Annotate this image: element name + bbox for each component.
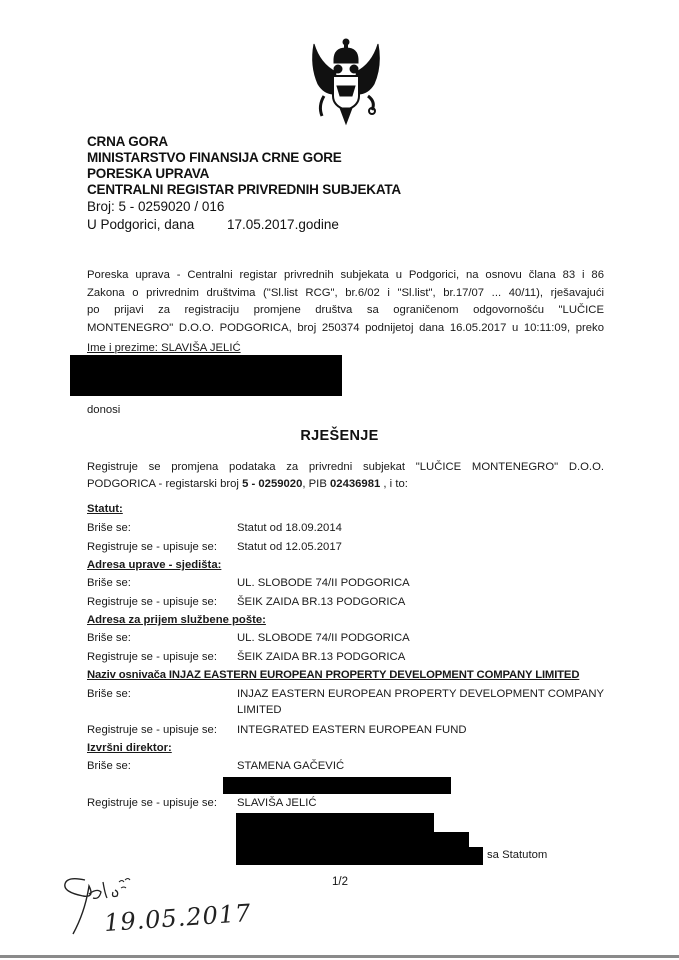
adresa-uprave-brise-value: UL. SLOBODE 74/II PODGORICA <box>237 577 410 589</box>
intro-line-3: po prijavi za registraciju promjene druš… <box>87 302 604 320</box>
document-date: 17.05.2017.godine <box>227 217 339 233</box>
osnivac-upis-value: INTEGRATED EASTERN EUROPEAN FUND <box>237 724 467 736</box>
section-heading-adresa-poste: Adresa za prijem službene pošte: <box>87 614 266 626</box>
osnivac-brise-value-1: INJAZ EASTERN EUROPEAN PROPERTY DEVELOPM… <box>237 688 604 700</box>
header-line-country: CRNA GORA <box>87 134 168 150</box>
adresa-uprave-upis-value: ŠEIK ZAIDA BR.13 PODGORICA <box>237 596 405 608</box>
decision-line-1: Registruje se promjena podataka za privr… <box>87 461 604 473</box>
adresa-uprave-upis-label: Registruje se - upisuje se: <box>87 596 217 608</box>
redaction-box <box>70 355 342 396</box>
decision-prefix: PODGORICA - registarski broj <box>87 478 242 490</box>
redaction-box <box>236 813 434 833</box>
direktor-upis-value: SLAVIŠA JELIĆ <box>237 797 317 809</box>
direktor-brise-value: STAMENA GAČEVIĆ <box>237 760 344 772</box>
donosi-text: donosi <box>87 404 120 416</box>
statut-upis-value: Statut od 12.05.2017 <box>237 541 342 553</box>
direktor-trailing-text: sa Statutom <box>487 849 547 861</box>
adresa-poste-upis-value: ŠEIK ZAIDA BR.13 PODGORICA <box>237 651 405 663</box>
direktor-brise-label: Briše se: <box>87 760 131 772</box>
adresa-poste-upis-label: Registruje se - upisuje se: <box>87 651 217 663</box>
document-title: RJEŠENJE <box>0 428 679 444</box>
direktor-upis-label: Registruje se - upisuje se: <box>87 797 217 809</box>
intro-line-2: Zakona o privrednim društvima ("Sl.list … <box>87 285 604 303</box>
statut-brise-label: Briše se: <box>87 522 131 534</box>
applicant-name: Ime i prezime: SLAVIŠA JELIĆ <box>87 342 241 354</box>
header-line-ministry: MINISTARSTVO FINANSIJA CRNE GORE <box>87 150 342 166</box>
decision-line-2: PODGORICA - registarski broj 5 - 0259020… <box>87 478 408 490</box>
decision-suffix: , i to: <box>380 478 408 490</box>
registration-number: 5 - 0259020 <box>242 478 302 490</box>
section-heading-statut: Statut: <box>87 503 123 515</box>
intro-line-4: MONTENEGRO" D.O.O. PODGORICA, broj 25037… <box>87 320 604 338</box>
pib-label: , PIB <box>302 478 330 490</box>
osnivac-brise-label: Briše se: <box>87 688 131 700</box>
place-label: U Podgorici, dana <box>87 217 194 233</box>
page-number: 1/2 <box>332 876 348 888</box>
header-line-registry: CENTRALNI REGISTAR PRIVREDNIH SUBJEKATA <box>87 182 401 198</box>
document-number: Broj: 5 - 0259020 / 016 <box>87 199 224 215</box>
section-heading-osnivac: Naziv osnivača INJAZ EASTERN EUROPEAN PR… <box>87 669 579 681</box>
adresa-poste-brise-label: Briše se: <box>87 632 131 644</box>
osnivac-upis-label: Registruje se - upisuje se: <box>87 724 217 736</box>
intro-paragraph: Poreska uprava - Centralni registar priv… <box>87 267 604 337</box>
adresa-uprave-brise-label: Briše se: <box>87 577 131 589</box>
intro-line-1: Poreska uprava - Centralni registar priv… <box>87 267 604 285</box>
statut-brise-value: Statut od 18.09.2014 <box>237 522 342 534</box>
redaction-box <box>223 777 451 794</box>
redaction-box <box>236 847 483 865</box>
section-heading-direktor: Izvršni direktor: <box>87 742 172 754</box>
adresa-poste-brise-value: UL. SLOBODE 74/II PODGORICA <box>237 632 410 644</box>
osnivac-brise-value-2: LIMITED <box>237 704 282 716</box>
section-heading-adresa-uprave: Adresa uprave - sjedišta: <box>87 559 221 571</box>
header-line-agency: PORESKA UPRAVA <box>87 166 209 182</box>
coat-of-arms-icon <box>300 36 392 128</box>
page-bottom-edge <box>0 955 679 958</box>
pib-number: 02436981 <box>330 478 380 490</box>
redaction-box <box>236 832 469 848</box>
statut-upis-label: Registruje se - upisuje se: <box>87 541 217 553</box>
